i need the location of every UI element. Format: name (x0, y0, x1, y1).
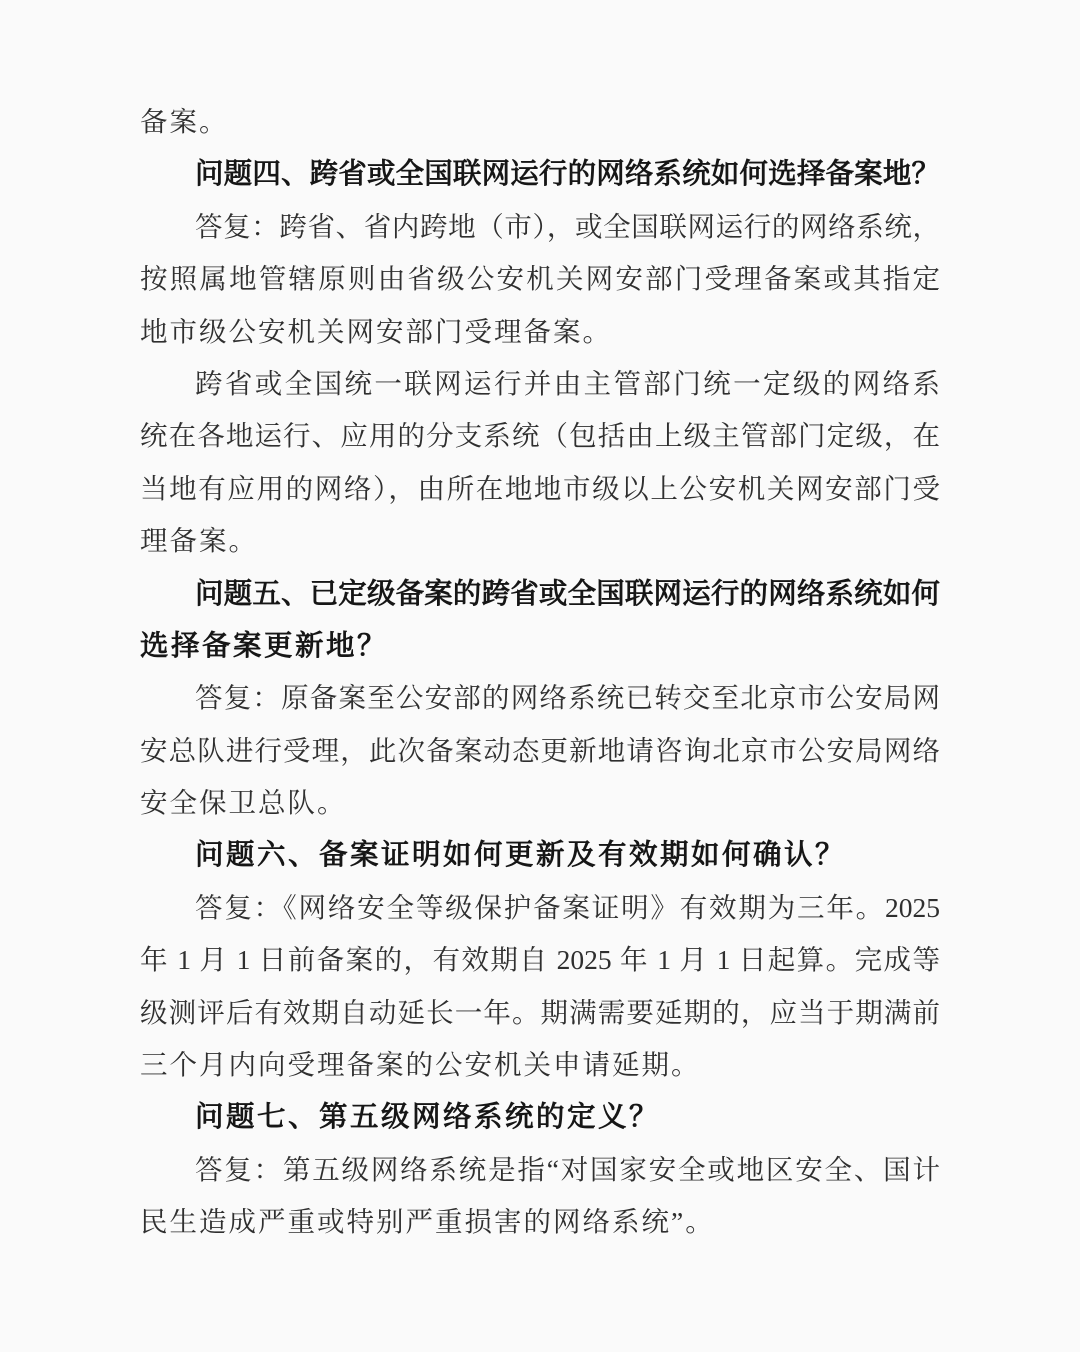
body-text-line: 答复：跨省、省内跨地（市），或全国联网运行的网络系统， (140, 201, 940, 253)
body-text-line: 统在各地运行、应用的分支系统（包括由上级主管部门定级，在 (140, 410, 940, 462)
body-text-line: 安总队进行受理，此次备案动态更新地请咨询北京市公安局网络 (140, 725, 940, 777)
body-text-line: 地市级公安机关网安部门受理备案。 (140, 306, 940, 358)
question-heading-line: 问题七、第五级网络系统的定义？ (140, 1091, 940, 1143)
question-heading-line: 选择备案更新地？ (140, 620, 940, 672)
body-text-line: 跨省或全国统一联网运行并由主管部门统一定级的网络系 (140, 358, 940, 410)
body-text-line: 备案。 (140, 96, 940, 148)
document-text: 备案。问题四、跨省或全国联网运行的网络系统如何选择备案地？答复：跨省、省内跨地（… (140, 96, 940, 1249)
body-text-line: 理备案。 (140, 515, 940, 567)
body-text-line: 级测评后有效期自动延长一年。期满需要延期的，应当于期满前 (140, 987, 940, 1039)
document-page: 备案。问题四、跨省或全国联网运行的网络系统如何选择备案地？答复：跨省、省内跨地（… (0, 0, 1080, 1352)
body-text-line: 答复：《网络安全等级保护备案证明》有效期为三年。2025 (140, 882, 940, 934)
question-heading-line: 问题五、已定级备案的跨省或全国联网运行的网络系统如何 (140, 568, 940, 620)
body-text-line: 三个月内向受理备案的公安机关申请延期。 (140, 1039, 940, 1091)
question-heading-line: 问题六、备案证明如何更新及有效期如何确认？ (140, 829, 940, 881)
body-text-line: 答复：原备案至公安部的网络系统已转交至北京市公安局网 (140, 672, 940, 724)
question-heading-line: 问题四、跨省或全国联网运行的网络系统如何选择备案地？ (140, 148, 940, 200)
body-text-line: 当地有应用的网络），由所在地地市级以上公安机关网安部门受 (140, 463, 940, 515)
body-text-line: 按照属地管辖原则由省级公安机关网安部门受理备案或其指定 (140, 253, 940, 305)
body-text-line: 民生造成严重或特别严重损害的网络系统”。 (140, 1196, 940, 1248)
body-text-line: 安全保卫总队。 (140, 777, 940, 829)
body-text-line: 答复：第五级网络系统是指“对国家安全或地区安全、国计 (140, 1144, 940, 1196)
body-text-line: 年 1 月 1 日前备案的，有效期自 2025 年 1 月 1 日起算。完成等 (140, 934, 940, 986)
